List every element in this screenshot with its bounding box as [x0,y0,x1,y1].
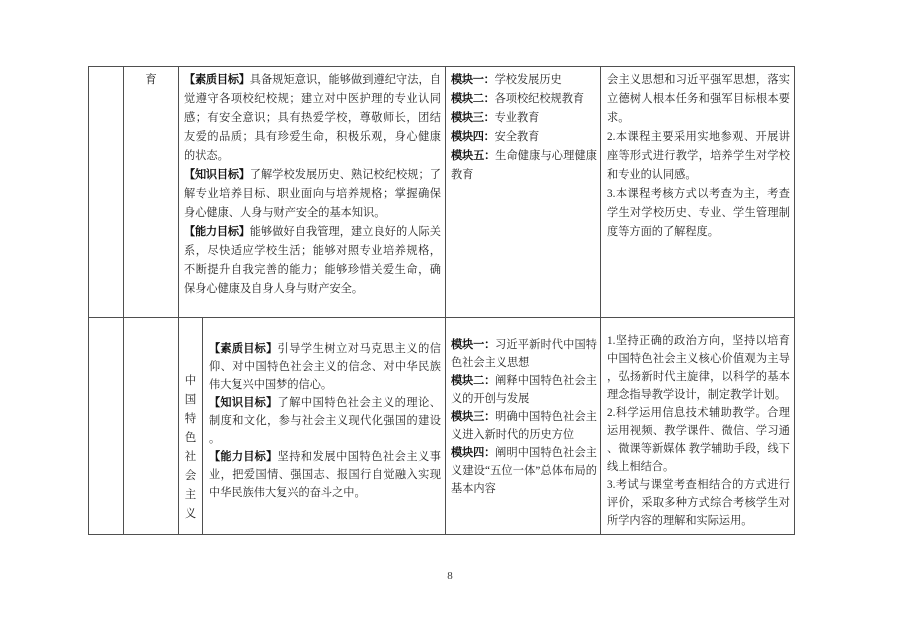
objective-label: 【能力目标】 [184,226,250,238]
teaching-note: 2.科学运用信息技术辅助教学。合理运用视频、教学课件、微信、学习通、微课等新媒体… [607,404,790,476]
module-label: 模块三： [451,411,495,423]
objective-label: 【知识目标】 [209,397,278,409]
module-label: 模块二： [451,375,495,387]
module-text: 各项校纪校规教育 [495,93,585,105]
row2-teaching-notes-cell: 1.坚持正确的政治方向，坚持以培育中国特色社会主义核心价值观为主导，弘扬新时代主… [601,318,794,534]
objective-paragraph: 【能力目标】坚持和发展中国特色社会主义事业，把爱国情、强国志、报国行自觉融入实现… [209,448,441,502]
teaching-note: 会主义思想和习近平强军思想，落实立德树人根本任务和强军目标根本要求。 [607,71,790,128]
row2-modules-cell: 模块一：习近平新时代中国特色社会主义思想 模块二：阐释中国特色社会主义的开创与发… [446,318,601,534]
row2-empty-cell-2 [124,318,179,534]
objective-paragraph: 【能力目标】能够做好自我管理，建立良好的人际关系，尽快适应学校生活；能够对照专业… [184,223,441,299]
module-text: 安全教育 [495,131,540,143]
teaching-note: 1.坚持正确的政治方向，坚持以培育中国特色社会主义核心价值观为主导，弘扬新时代主… [607,332,790,404]
row1-objectives-cell: 【素质目标】具备规矩意识，能够做到遵纪守法，自觉遵守各项校纪校规；建立对中医护理… [179,67,446,317]
page-number: 8 [0,570,900,582]
module-item: 模块二：阐释中国特色社会主义的开创与发展 [451,372,597,408]
course-name-partial-label: 育 [144,71,158,90]
objective-label: 【素质目标】 [184,74,250,86]
row2-empty-cell-1 [89,318,124,534]
module-label: 模块四： [451,447,495,459]
row1-course-name-cell: 育 [124,67,179,317]
objective-paragraph: 【知识目标】了解学校发展历史、熟记校纪校规；了解专业培养目标、职业面向与培养规格… [184,166,441,223]
module-label: 模块二： [451,93,495,105]
module-text: 学校发展历史 [495,74,562,86]
module-item: 模块三：明确中国特色社会主义进入新时代的历史方位 [451,408,597,444]
module-item: 模块一：习近平新时代中国特色社会主义思想 [451,336,597,372]
row2-objectives-cell: 【素质目标】引导学生树立对马克思主义的信仰、对中国特色社会主义的信念、对中华民族… [203,318,446,534]
module-label: 模块四： [451,131,495,143]
module-text: 专业教育 [495,112,540,124]
row1-teaching-notes-cell: 会主义思想和习近平强军思想，落实立德树人根本任务和强军目标根本要求。 2.本课程… [601,67,794,317]
module-item: 模块四：阐明中国特色社会主义建设“五位一体”总体布局的基本内容 [451,444,597,498]
objective-text: 具备规矩意识，能够做到遵纪守法，自觉遵守各项校纪校规；建立对中医护理的专业认同感… [184,74,441,162]
module-label: 模块一： [451,339,495,351]
teaching-note: 3.本课程考核方式以考查为主，考查学生对学校历史、专业、学生管理制度等方面的了解… [607,185,790,242]
module-label: 模块三： [451,112,495,124]
objective-paragraph: 【素质目标】具备规矩意识，能够做到遵纪守法，自觉遵守各项校纪校规；建立对中医护理… [184,71,441,166]
table-row-socialism-with-chinese-characteristics: 中国特色社会主义 【素质目标】引导学生树立对马克思主义的信仰、对中国特色社会主义… [89,318,794,534]
module-item: 模块五：生命健康与心理健康教育 [451,147,597,185]
row2-course-name-cell: 中国特色社会主义 [179,318,203,534]
module-item: 模块四：安全教育 [451,128,597,147]
objective-label: 【素质目标】 [209,343,278,355]
teaching-note: 2.本课程主要采用实地参观、开展讲座等形式进行教学，培养学生对学校和专业的认同感… [607,128,790,185]
table-row-enrollment-education: 育 【素质目标】具备规矩意识，能够做到遵纪守法，自觉遵守各项校纪校规；建立对中医… [89,67,794,318]
document-page: 育 【素质目标】具备规矩意识，能够做到遵纪守法，自觉遵守各项校纪校规；建立对中医… [0,0,900,636]
module-item: 模块一：学校发展历史 [451,71,597,90]
module-item: 模块三：专业教育 [451,109,597,128]
objective-paragraph: 【素质目标】引导学生树立对马克思主义的信仰、对中国特色社会主义的信念、对中华民族… [209,340,441,394]
course-outline-table: 育 【素质目标】具备规矩意识，能够做到遵纪守法，自觉遵守各项校纪校规；建立对中医… [88,66,795,535]
objective-label: 【知识目标】 [184,169,250,181]
module-item: 模块二：各项校纪校规教育 [451,90,597,109]
objective-paragraph: 【知识目标】了解中国特色社会主义的理论、制度和文化，参与社会主义现代化强国的建设… [209,394,441,448]
teaching-note: 3.考试与课堂考查相结合的方式进行评价，采取多种方式综合考核学生对所学内容的理解… [607,476,790,530]
course-name-vertical-label: 中国特色社会主义 [184,372,198,524]
objective-label: 【能力目标】 [209,451,278,463]
row1-modules-cell: 模块一：学校发展历史 模块二：各项校纪校规教育 模块三：专业教育 模块四：安全教… [446,67,601,317]
module-label: 模块一： [451,74,495,86]
row1-empty-cell [89,67,124,317]
module-label: 模块五： [451,150,495,162]
